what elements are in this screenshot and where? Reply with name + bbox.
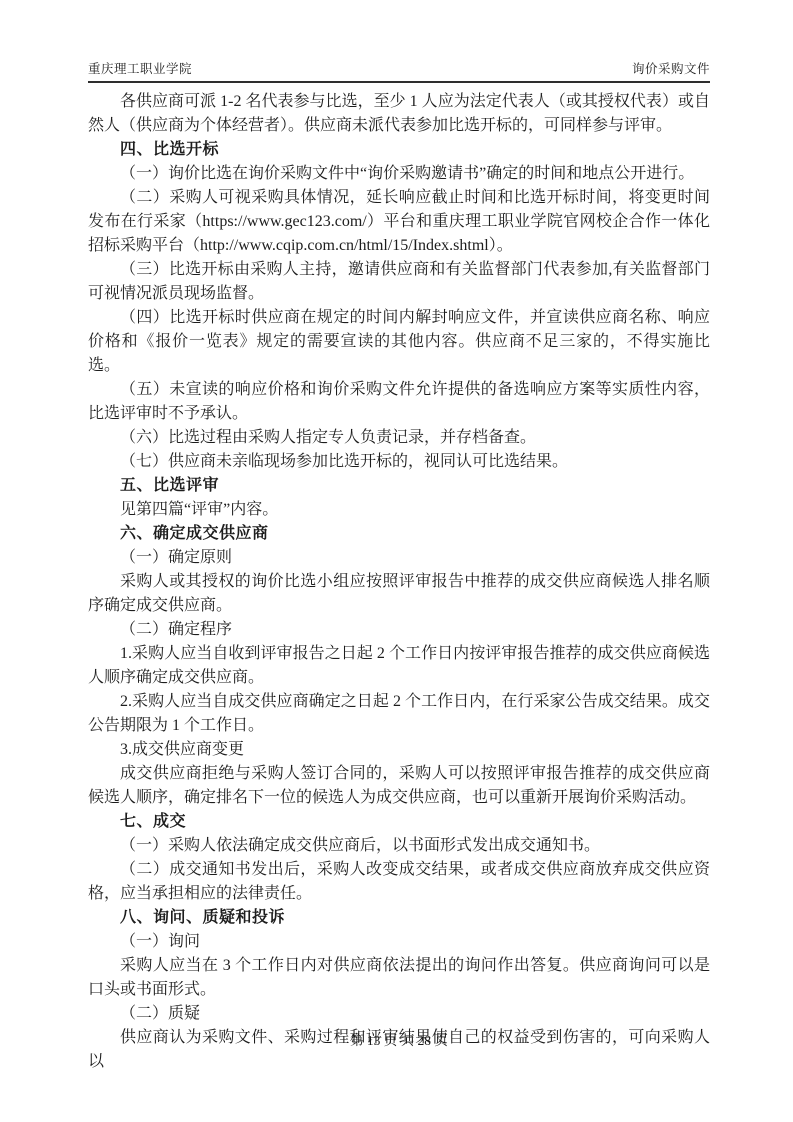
paragraph: （一）采购人依法确定成交供应商后，以书面形式发出成交通知书。 (88, 834, 710, 858)
header-row: 重庆理工职业学院 询价采购文件 (88, 59, 710, 81)
paragraph: （二）成交通知书发出后，采购人改变成交结果，或者成交供应商放弃成交供应资格，应当… (88, 858, 710, 906)
section-heading: 七、成交 (88, 810, 710, 834)
document-page: 重庆理工职业学院 询价采购文件 各供应商可派 1-2 名代表参与比选，至少 1 … (0, 0, 793, 1122)
paragraph: （七）供应商未亲临现场参加比选开标的，视同认可比选结果。 (88, 450, 710, 474)
document-body: 各供应商可派 1-2 名代表参与比选，至少 1 人应为法定代表人（或其授权代表）… (88, 90, 710, 1074)
section-heading: 八、询问、质疑和投诉 (88, 906, 710, 930)
paragraph: （一）询价比选在询价采购文件中“询价采购邀请书”确定的时间和地点公开进行。 (88, 162, 710, 186)
paragraph: （二）质疑 (88, 1002, 710, 1026)
header-doc-type: 询价采购文件 (632, 59, 710, 77)
paragraph: （五）未宣读的响应价格和询价采购文件允许提供的备选响应方案等实质性内容，比选评审… (88, 378, 710, 426)
paragraph: 3.成交供应商变更 (88, 738, 710, 762)
paragraph: 见第四篇“评审”内容。 (88, 498, 710, 522)
paragraph: （一）确定原则 (88, 546, 710, 570)
paragraph: 采购人或其授权的询价比选小组应按照评审报告中推荐的成交供应商候选人排名顺序确定成… (88, 570, 710, 618)
paragraph: （三）比选开标由采购人主持，邀请供应商和有关监督部门代表参加,有关监督部门可视情… (88, 258, 710, 306)
paragraph: （二）确定程序 (88, 618, 710, 642)
paragraph: （一）询问 (88, 930, 710, 954)
page-footer: 第 13 页 共 28 页 (88, 1029, 710, 1049)
paragraph: （二）采购人可视采购具体情况，延长响应截止时间和比选开标时间，将变更时间发布在行… (88, 186, 710, 258)
paragraph: 采购人应当在 3 个工作日内对供应商依法提出的询问作出答复。供应商询问可以是口头… (88, 954, 710, 1002)
header-divider (88, 81, 710, 83)
paragraph: 各供应商可派 1-2 名代表参与比选，至少 1 人应为法定代表人（或其授权代表）… (88, 90, 710, 138)
section-heading: 四、比选开标 (88, 138, 710, 162)
section-heading: 六、确定成交供应商 (88, 522, 710, 546)
paragraph: 成交供应商拒绝与采购人签订合同的，采购人可以按照评审报告推荐的成交供应商候选人顺… (88, 762, 710, 810)
paragraph: （四）比选开标时供应商在规定的时间内解封响应文件，并宣读供应商名称、响应价格和《… (88, 306, 710, 378)
paragraph: 1.采购人应当自收到评审报告之日起 2 个工作日内按评审报告推荐的成交供应商候选… (88, 642, 710, 690)
page-header: 重庆理工职业学院 询价采购文件 (88, 59, 710, 83)
paragraph: （六）比选过程由采购人指定专人负责记录，并存档备查。 (88, 426, 710, 450)
paragraph: 2.采购人应当自成交供应商确定之日起 2 个工作日内，在行采家公告成交结果。成交… (88, 690, 710, 738)
header-school-name: 重庆理工职业学院 (88, 59, 192, 77)
page-number: 第 13 页 共 28 页 (350, 1033, 448, 1048)
section-heading: 五、比选评审 (88, 474, 710, 498)
